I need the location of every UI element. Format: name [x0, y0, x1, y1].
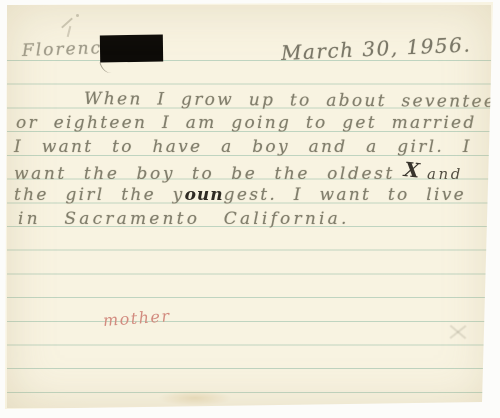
- closing-word: mother: [102, 305, 171, 332]
- body-line-text: and: [427, 165, 463, 183]
- note-paper: Florence March 30, 1956. When I grow up …: [0, 0, 500, 418]
- body-line-text: gest. I want to live: [224, 185, 466, 205]
- body-line-text: the girl the y: [14, 185, 185, 205]
- paper-stain: [158, 390, 232, 406]
- body-line: When I grow up to about seventeen: [84, 88, 500, 113]
- redaction-box: [100, 35, 163, 63]
- pencil-dot: [76, 14, 79, 17]
- body-line: want the boy to be the oldestXand: [14, 161, 463, 185]
- body-line: in Sacramento California.: [18, 208, 350, 230]
- pencil-scribble: [67, 26, 72, 37]
- scanned-note: Florence March 30, 1956. When I grow up …: [0, 0, 500, 418]
- body-line: the girl the youngest. I want to live: [14, 184, 466, 206]
- body-line-text: want the boy to be the oldest: [14, 164, 395, 184]
- body-line: I want to have a boy and a girl. I: [14, 136, 472, 158]
- x-mark: X: [403, 158, 423, 182]
- body-line: or eighteen I am going to get married: [16, 112, 477, 134]
- overwritten-letters: oun: [185, 185, 224, 205]
